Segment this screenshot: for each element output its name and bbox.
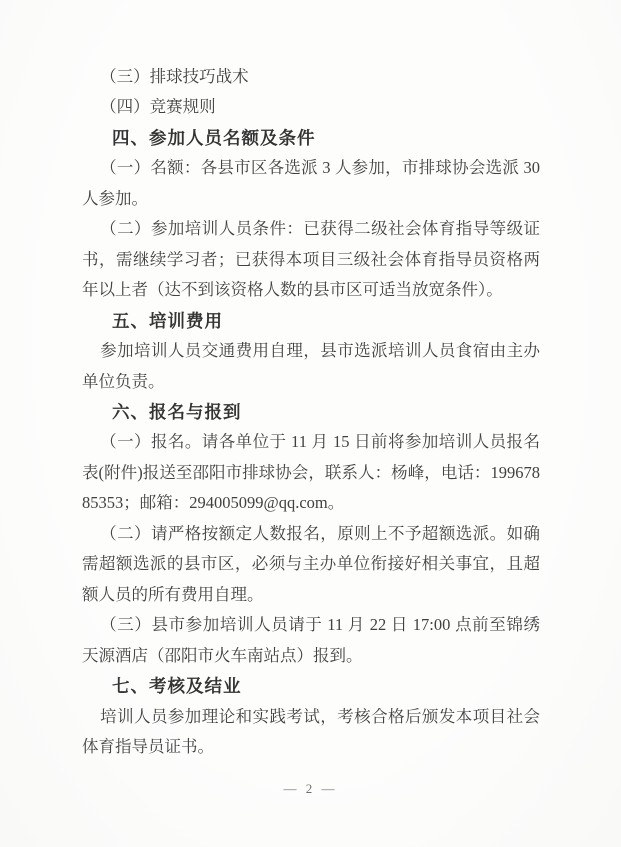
paragraph-checkin: （三）县市参加培训人员请于 11 月 22 日 17:00 点前至锦绣天源酒店（… bbox=[82, 610, 540, 671]
section-heading-6-registration: 六、报名与报到 bbox=[82, 397, 540, 427]
page-number: — 2 — bbox=[0, 781, 621, 797]
paragraph-registration-contact: （一）报名。请各单位于 11 月 15 日前将参加培训人员报名表(附件)报送至邵… bbox=[82, 427, 540, 518]
document-page: （三）排球技巧战术 （四）竞赛规则 四、参加人员名额及条件 （一）名额：各县市区… bbox=[0, 0, 621, 847]
paragraph-trainee-conditions: （二）参加培训人员条件：已获得二级社会体育指导等级证书，需继续学习者；已获得本项… bbox=[82, 214, 540, 305]
section-heading-5-training-fees: 五、培训费用 bbox=[82, 306, 540, 336]
paragraph-quota: （一）名额：各县市区各选派 3 人参加，市排球协会选派 30 人参加。 bbox=[82, 153, 540, 214]
paragraph-fees: 参加培训人员交通费用自理，县市选派培训人员食宿由主办单位负责。 bbox=[82, 336, 540, 397]
paragraph-quota-limit: （二）请严格按额定人数报名，原则上不予超额选派。如确需超额选派的县市区，必须与主… bbox=[82, 519, 540, 610]
document-body: （三）排球技巧战术 （四）竞赛规则 四、参加人员名额及条件 （一）名额：各县市区… bbox=[82, 62, 540, 762]
section-heading-7-assessment: 七、考核及结业 bbox=[82, 671, 540, 701]
paragraph-assessment-certificate: 培训人员参加理论和实践考试，考核合格后颁发本项目社会体育指导员证书。 bbox=[82, 702, 540, 763]
section-heading-4-quota-and-conditions: 四、参加人员名额及条件 bbox=[82, 123, 540, 153]
list-item-3-volleyball-tactics: （三）排球技巧战术 bbox=[82, 62, 540, 92]
list-item-4-competition-rules: （四）竞赛规则 bbox=[82, 92, 540, 122]
